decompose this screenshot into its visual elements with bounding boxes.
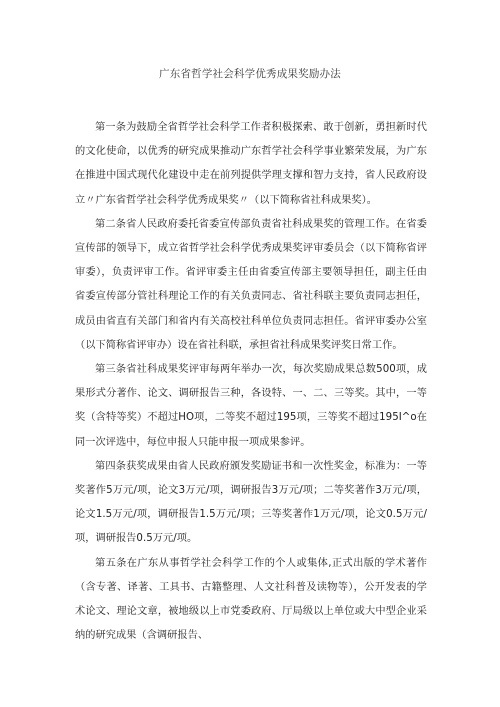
article-4-paragraph: 第四条获奖成果由省人民政府颁发奖励证书和一次性奖金，标准为：一等奖著作5万元/项… bbox=[75, 455, 427, 552]
document-title: 广东省哲学社会科学优秀成果奖励办法 bbox=[0, 66, 500, 81]
article-1-paragraph: 第一条为鼓励全省哲学社会科学工作者积极探索、敢于创新，勇担新时代的文化使命，以优… bbox=[75, 116, 427, 213]
document-page: 广东省哲学社会科学优秀成果奖励办法 第一条为鼓励全省哲学社会科学工作者积极探索、… bbox=[0, 0, 500, 707]
article-5-paragraph: 第五条在广东从事哲学社会科学工作的个人或集体,正式出版的学术著作（含专著、译著、… bbox=[75, 552, 427, 649]
article-3-paragraph: 第三条省社科成果奖评审每两年举办一次，每次奖励成果总数500项，成果形式分著作、… bbox=[75, 358, 427, 455]
article-2-paragraph: 第二条省人民政府委托省委宣传部负责省社科成果奖的管理工作。在省委宣传部的领导下，… bbox=[75, 213, 427, 358]
document-body: 第一条为鼓励全省哲学社会科学工作者积极探索、敢于创新，勇担新时代的文化使命，以优… bbox=[75, 116, 427, 648]
